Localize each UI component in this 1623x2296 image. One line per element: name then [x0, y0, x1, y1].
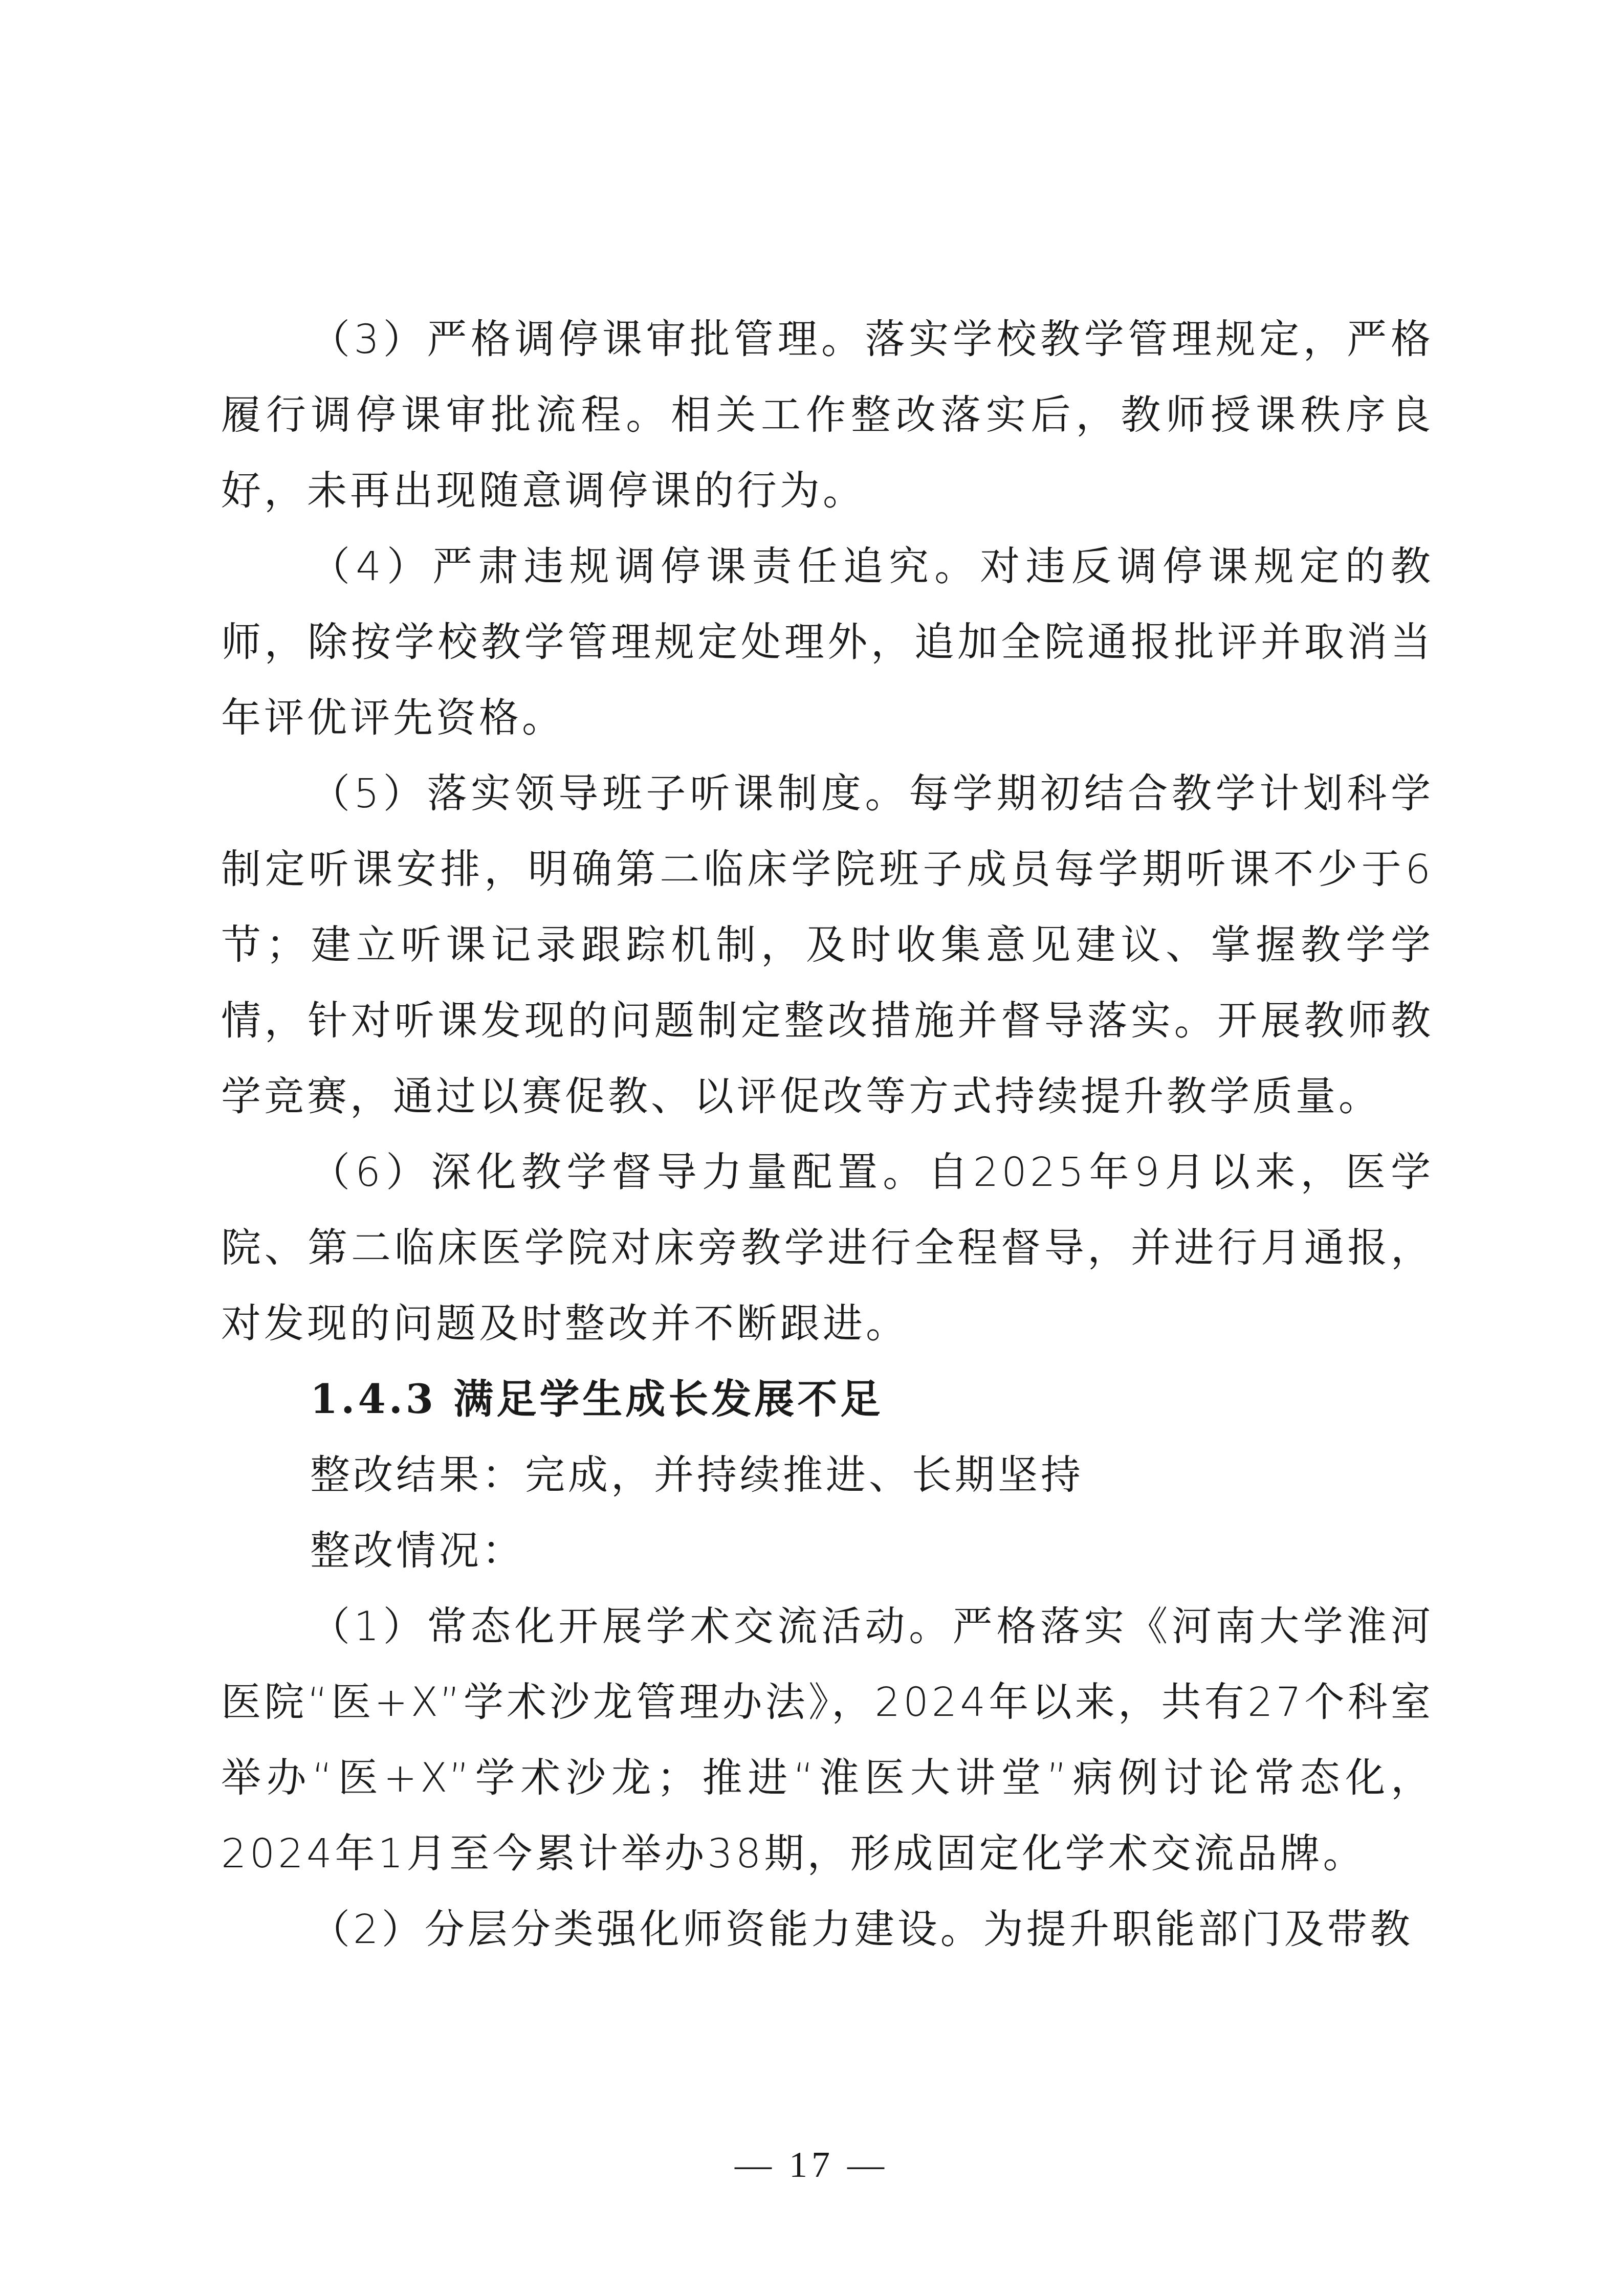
rectification-status-label: 整改情况：: [221, 1513, 1434, 1589]
paragraph-item-6: （6）深化教学督导力量配置。自2025年9月以来，医学院、第二临床医学院对床旁教…: [221, 1135, 1434, 1362]
page-number: — 17 —: [0, 2144, 1623, 2186]
section-paragraph-1: （1）常态化开展学术交流活动。严格落实《河南大学淮河医院“医+X”学术沙龙管理办…: [221, 1589, 1434, 1892]
paragraph-item-4: （4）严肃违规调停课责任追究。对违反调停课规定的教师，除按学校教学管理规定处理外…: [221, 529, 1434, 756]
section-heading: 1.4.3 满足学生成长发展不足: [221, 1362, 1434, 1438]
paragraph-item-3: （3）严格调停课审批管理。落实学校教学管理规定，严格履行调停课审批流程。相关工作…: [221, 302, 1434, 529]
rectification-result: 整改结果：完成，并持续推进、长期坚持: [221, 1438, 1434, 1513]
document-page: （3）严格调停课审批管理。落实学校教学管理规定，严格履行调停课审批流程。相关工作…: [0, 0, 1623, 2296]
document-body: （3）严格调停课审批管理。落实学校教学管理规定，严格履行调停课审批流程。相关工作…: [221, 302, 1434, 1968]
paragraph-item-5: （5）落实领导班子听课制度。每学期初结合教学计划科学制定听课安排，明确第二临床学…: [221, 756, 1434, 1135]
section-paragraph-2: （2）分层分类强化师资能力建设。为提升职能部门及带教: [221, 1892, 1434, 1968]
